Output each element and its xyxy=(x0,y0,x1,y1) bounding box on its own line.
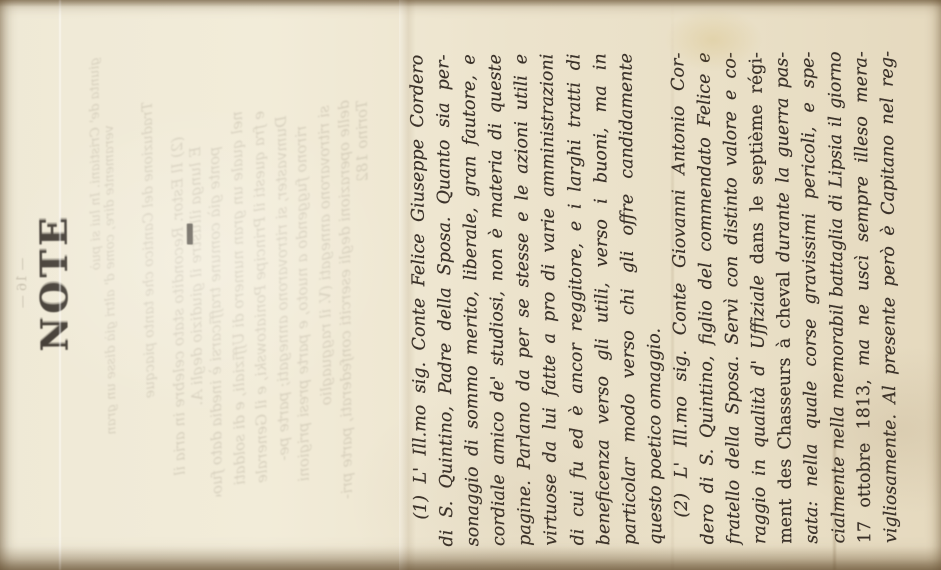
ghost-line: rirono fuggendo a nuoto, e parte presi p… xyxy=(293,126,313,546)
page-fold-edge xyxy=(399,0,416,570)
ghost-line: veramente dire, come d' altri già disse … xyxy=(103,125,121,555)
scanned-book-page: giunta de' Cristiani. In lui si puòveram… xyxy=(0,0,941,570)
rotated-page-content: giunta de' Cristiani. In lui si puòveram… xyxy=(0,0,941,568)
italic-text-run: cialmente nella memorabil battaglia di L… xyxy=(825,51,849,543)
italic-text-run: cordiale amico de' studiosi, non è mater… xyxy=(486,54,510,546)
text-line: virtuose da lui fatte a pro di varie amm… xyxy=(535,54,565,546)
text-line: beneficenza verso gli utili, verso i buo… xyxy=(587,53,617,545)
fold-crease-right xyxy=(833,435,836,570)
ghost-line: Torino 1821) xyxy=(354,100,371,180)
ghost-line: Traduzione del Cantico che tanto piacque xyxy=(141,102,160,552)
italic-text-run: particolar modo verso chi gli offre cand… xyxy=(616,53,640,545)
text-line: cialmente nella memorabil battaglia di L… xyxy=(822,51,852,543)
ghost-line: e fra questi il Principe Poniatowski, e … xyxy=(251,111,271,551)
text-line: dero di S. Quintino, figlio del commenda… xyxy=(691,52,721,544)
roman-text-run: dans le septième régi- xyxy=(747,52,769,264)
italic-text-run: sonaggio di sommo merito, liberale, gran… xyxy=(460,54,484,546)
ghost-line: si ritrovarono annegati (V. il ragguagli… xyxy=(316,105,336,550)
text-line: di S. Quintino, Padre della Sposa. Quant… xyxy=(431,54,461,546)
ink-dash-mark xyxy=(187,223,193,244)
text-line: raggio in qualità d' Uffiziale dans le s… xyxy=(744,52,774,544)
text-line: (2) L' Ill.mo sig. Conte Giovanni Antoni… xyxy=(665,53,695,545)
roman-text-run: 17 ottobre 1813, xyxy=(853,366,874,543)
italic-text-run: dero di S. Quintino, figlio del commenda… xyxy=(694,52,718,544)
italic-text-run: beneficenza verso gli utili, verso i buo… xyxy=(590,53,614,545)
text-line: particolar modo verso chi gli offre cand… xyxy=(613,53,643,545)
italic-text-run: fratello della Sposa. Servì con distinto… xyxy=(721,52,745,544)
ghost-line: Dumvaster, si ritrovarono annegati; part… xyxy=(273,116,293,546)
text-line: vigliosamente. Al presente però è Capita… xyxy=(874,51,904,543)
text-line: sata: nella quale corse gravissimi peric… xyxy=(796,52,826,544)
page-title: NOTE xyxy=(30,0,84,568)
italic-text-run: sata: nella quale corse gravissimi peric… xyxy=(799,52,823,544)
italic-text-run: di S. Quintino, Padre della Sposa. Quant… xyxy=(434,54,458,546)
text-line: pagine. Parlano da per se stesse e le az… xyxy=(509,54,539,546)
italic-text-run: questo poetico omaggio. xyxy=(644,328,666,545)
italic-text-run: di cui fu ed è ancor reggitore, e i larg… xyxy=(564,53,588,545)
text-line: di cui fu ed è ancor reggitore, e i larg… xyxy=(561,53,591,545)
text-line: questo poetico omaggio. xyxy=(639,53,669,545)
italic-text-run: ma ne uscì sempre illeso mera- xyxy=(851,51,873,366)
ghost-line: delle operazioni degli eserciti confeder… xyxy=(336,100,356,545)
text-line: fratello della Sposa. Servì con distinto… xyxy=(718,52,748,544)
ghost-line: nel quale un gran numero di Uffiziali, e… xyxy=(229,111,249,551)
italic-text-run: vigliosamente. Al presente però è Capita… xyxy=(877,51,901,543)
ghost-line: E lunga illustre il giudizio degli A. xyxy=(187,146,206,446)
text-line: 17 ottobre 1813, ma ne uscì sempre illes… xyxy=(848,51,878,543)
fold-crease-middle xyxy=(671,0,674,570)
italic-text-run: pagine. Parlano da per se stesse e le az… xyxy=(512,54,536,546)
roman-text-run: ment des Chasseurs à cheval xyxy=(774,262,796,544)
footnote-text: (1) L' Ill.mo sig. Conte Felice Giuseppe… xyxy=(404,51,904,547)
italic-text-run: durante la guerra pas- xyxy=(773,52,795,262)
italic-text-run: virtuose da lui fatte a pro di varie amm… xyxy=(538,54,562,546)
text-line: sonaggio di sommo merito, liberale, gran… xyxy=(457,54,487,546)
fold-crease-left xyxy=(59,0,61,570)
text-line: ment des Chasseurs à cheval durante la g… xyxy=(770,52,800,544)
ghost-line: (2) Il Estor. Recondito stato celebre in… xyxy=(169,137,188,517)
text-line: cordiale amico de' studiosi, non è mater… xyxy=(483,54,513,546)
italic-text-run: raggio in qualità d' Uffiziale xyxy=(748,264,770,544)
ghost-line: ponte già comune trafficarsi è inedia da… xyxy=(206,146,225,496)
